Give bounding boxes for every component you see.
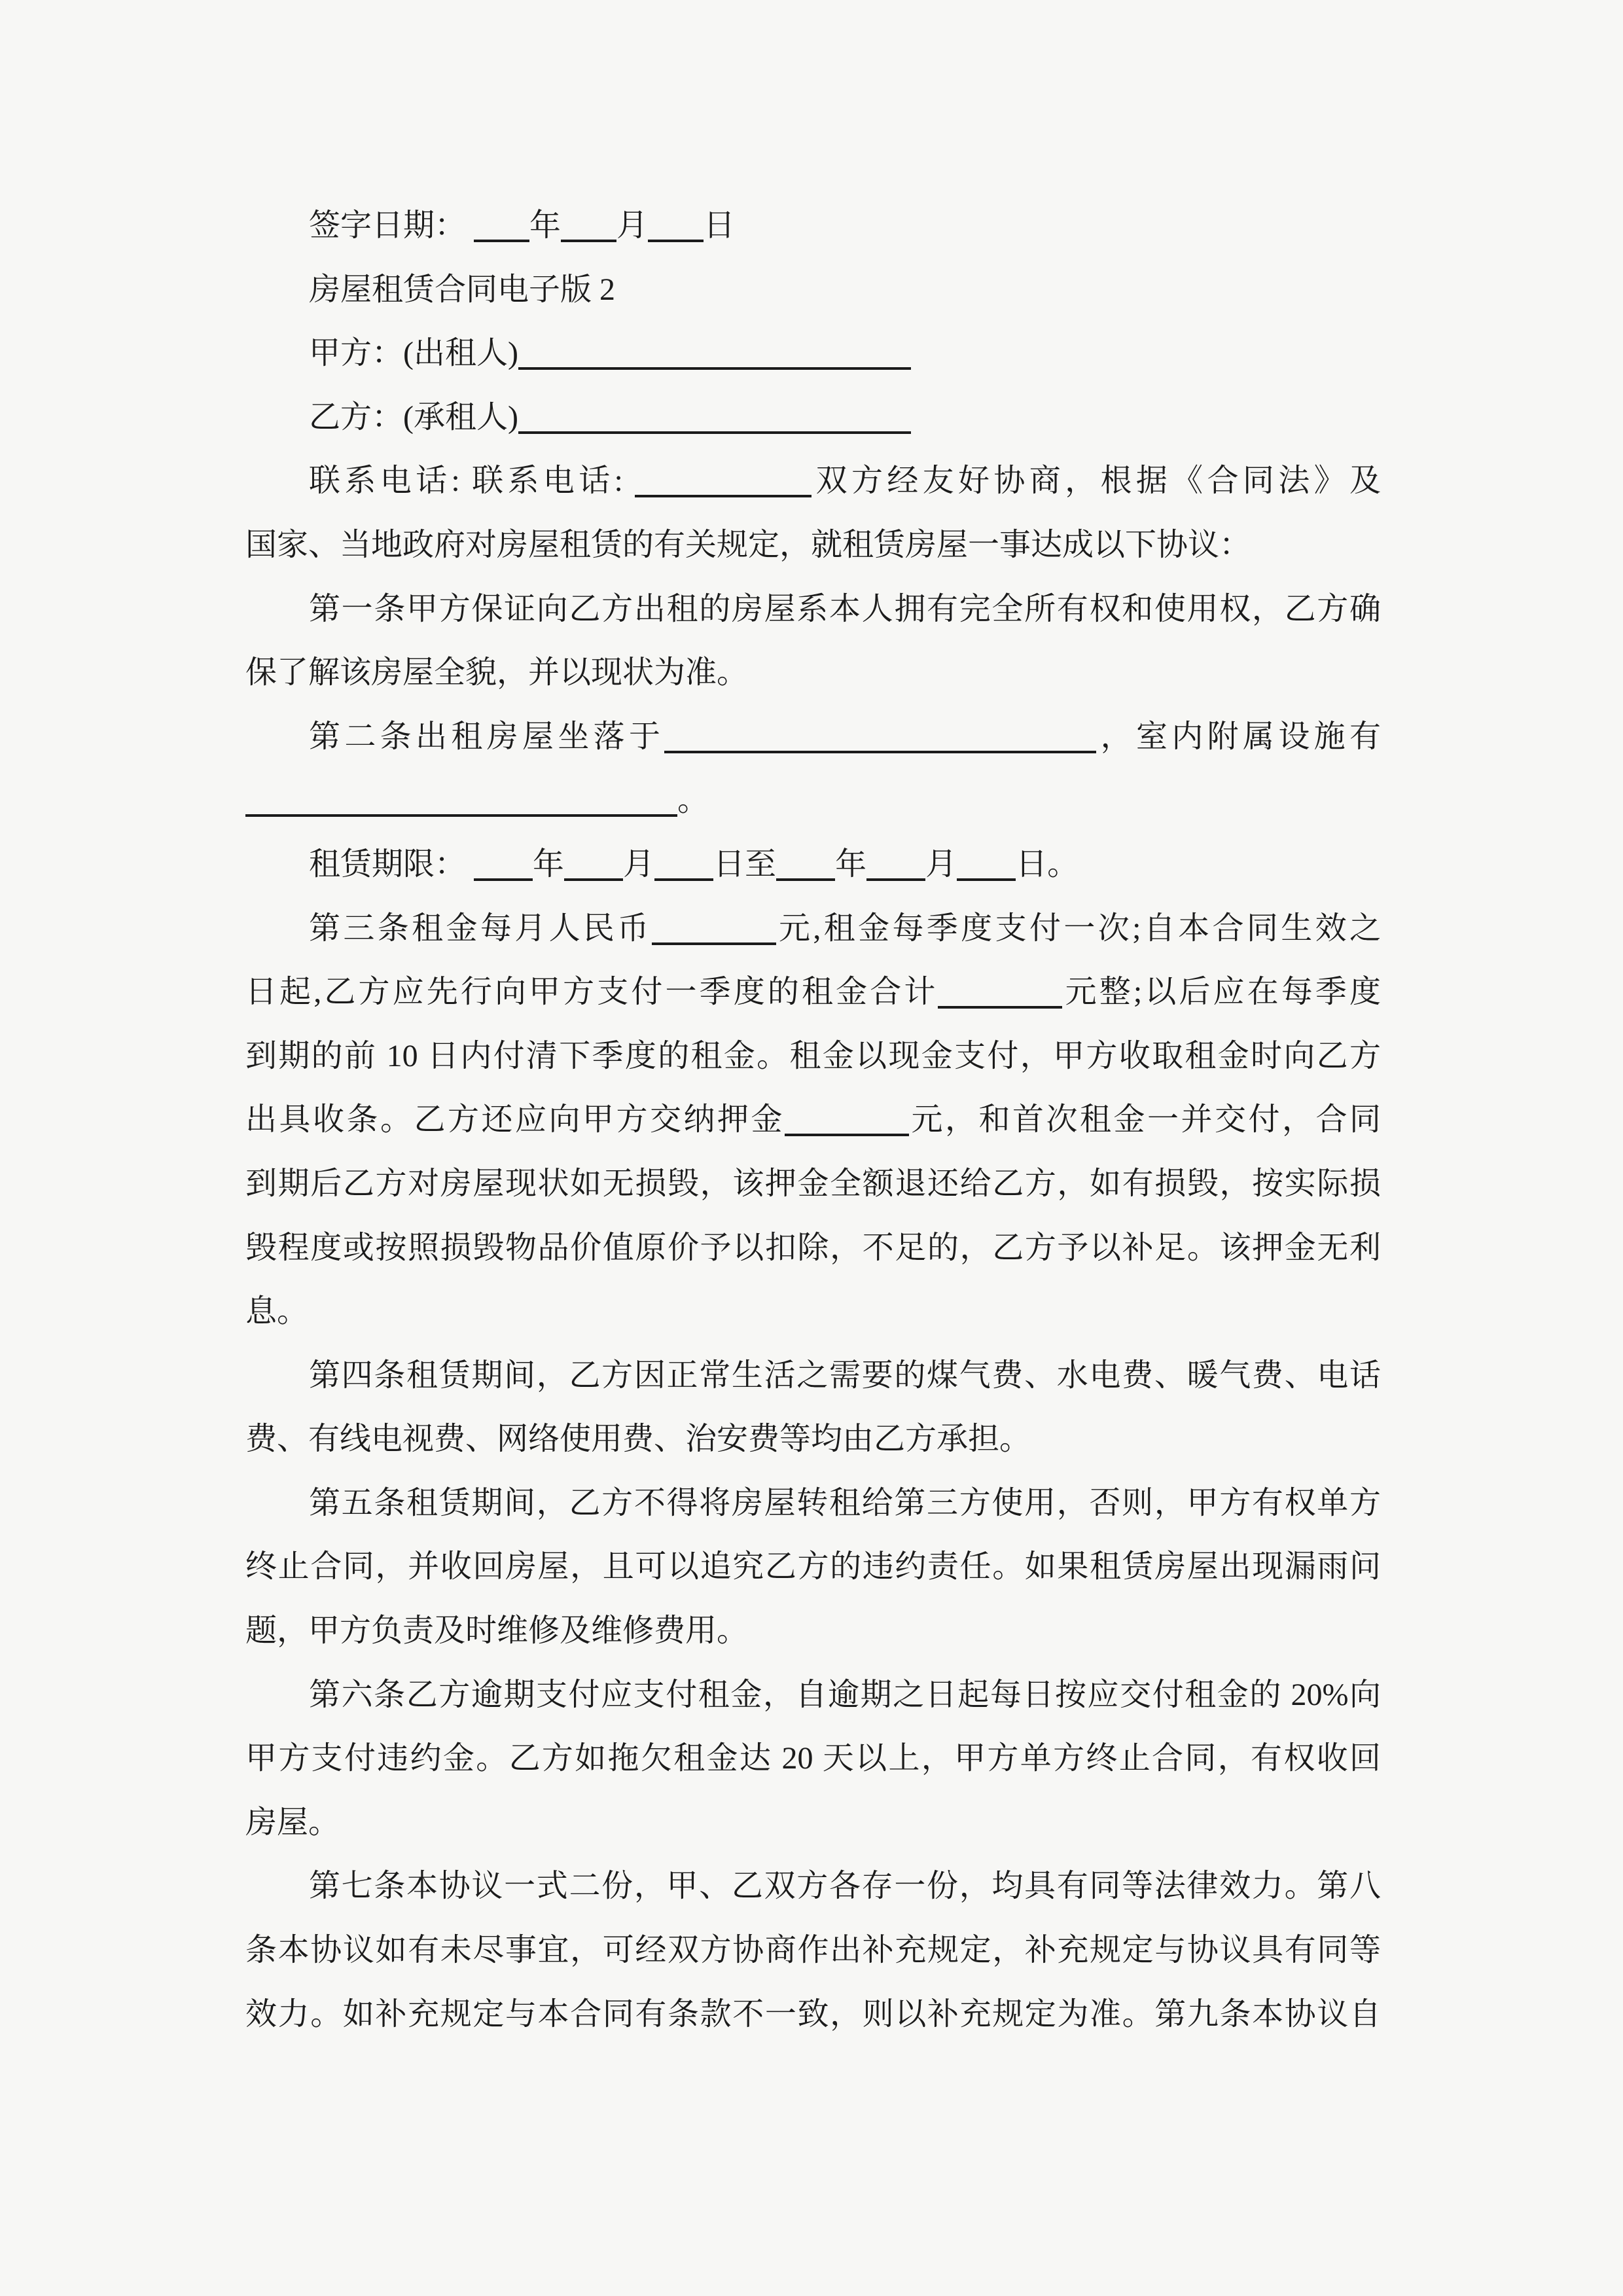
text-run: 月 — [623, 847, 654, 882]
text-run: 房屋租赁合同电子版 2 — [309, 272, 615, 307]
text-run: 联系电话: 联系电话: — [309, 463, 635, 498]
blank-underline — [785, 1124, 909, 1136]
blank-underline — [957, 869, 1016, 881]
document-page: 签字日期： 年月日房屋租赁合同电子版 2甲方：(出租人)乙方：(承租人)联系电话… — [0, 0, 1623, 2296]
clause-1-line-1: 第一条甲方保证向乙方出租的房屋系本人拥有完全所有权和使用权，乙方确 — [245, 577, 1381, 641]
blank-underline — [938, 997, 1062, 1009]
party-b-line: 乙方：(承租人) — [245, 386, 1381, 450]
text-run: 日 — [704, 208, 735, 243]
clause-5-line-3: 题，甲方负责及时维修及维修费用。 — [245, 1599, 1381, 1663]
clause-6-line-2: 甲方支付违约金。乙方如拖欠租金达 20 天以上，甲方单方终止合同，有权收回 — [245, 1727, 1381, 1791]
text-run: 第四条租赁期间，乙方因正常生活之需要的煤气费、水电费、暖气费、电话 — [309, 1358, 1381, 1393]
text-run: 第三条租金每月人民币 — [309, 911, 652, 946]
blank-underline — [652, 933, 776, 945]
text-run: 到期后乙方对房屋现状如无损毁，该押金全额退还给乙方，如有损毁，按实际损 — [245, 1166, 1381, 1201]
clause-2-line-1: 第二条出租房屋坐落于，室内附属设施有 — [245, 705, 1381, 769]
blank-underline — [518, 358, 911, 370]
text-run: 元，和首次租金一并交付，合同 — [909, 1102, 1381, 1137]
blank-underline — [648, 230, 704, 242]
text-run: 年 — [533, 847, 564, 882]
text-run: 日至 — [713, 847, 776, 882]
text-run: 。 — [677, 783, 709, 817]
blank-underline — [654, 869, 713, 881]
text-run: 条本协议如有未尽事宜，可经双方协商作出补充规定，补充规定与协议具有同等 — [245, 1933, 1381, 1967]
clause-3-line-5: 到期后乙方对房屋现状如无损毁，该押金全额退还给乙方，如有损毁，按实际损 — [245, 1152, 1381, 1216]
clause-4-line-1: 第四条租赁期间，乙方因正常生活之需要的煤气费、水电费、暖气费、电话 — [245, 1344, 1381, 1408]
clause-3-line-6: 毁程度或按照损毁物品价值原价予以扣除，不足的，乙方予以补足。该押金无利 — [245, 1216, 1381, 1280]
clause-8-9-line-3: 效力。如补充规定与本合同有条款不一致，则以补充规定为准。第九条本协议自 — [245, 1982, 1381, 2047]
blank-underline — [518, 422, 911, 434]
text-run: 终止合同，并收回房屋，且可以追究乙方的违约责任。如果租赁房屋出现漏雨问 — [245, 1549, 1381, 1584]
text-run: 息。 — [245, 1294, 308, 1329]
text-run: 元,租金每季度支付一次;自本合同生效之 — [776, 911, 1381, 946]
text-run: 年 — [835, 847, 866, 882]
blank-underline — [474, 869, 533, 881]
text-run: 到期的前 10 日内付清下季度的租金。租金以现金支付，甲方收取租金时向乙方 — [245, 1039, 1381, 1073]
clause-3-line-7: 息。 — [245, 1280, 1381, 1344]
party-a-line: 甲方：(出租人) — [245, 321, 1381, 386]
clause-7-8-line-1: 第七条本协议一式二份，甲、乙双方各存一份，均具有同等法律效力。第八 — [245, 1854, 1381, 1918]
clause-5-line-1: 第五条租赁期间，乙方不得将房屋转租给第三方使用，否则，甲方有权单方 — [245, 1471, 1381, 1535]
blank-underline — [474, 230, 529, 242]
text-run: 保了解该房屋全貌，并以现状为准。 — [245, 655, 748, 690]
sign-date-line: 签字日期： 年月日 — [245, 194, 1381, 258]
preamble-line: 国家、当地政府对房屋租赁的有关规定，就租赁房屋一事达成以下协议： — [245, 513, 1381, 577]
document-body: 签字日期： 年月日房屋租赁合同电子版 2甲方：(出租人)乙方：(承租人)联系电话… — [0, 0, 1623, 2046]
text-run: 日起,乙方应先行向甲方支付一季度的租金合计 — [245, 975, 938, 1009]
text-run: 第六条乙方逾期支付应支付租金，自逾期之日起每日按应交付租金的 20%向 — [309, 1677, 1381, 1712]
clause-3-line-3: 到期的前 10 日内付清下季度的租金。租金以现金支付，甲方收取租金时向乙方 — [245, 1024, 1381, 1088]
clause-7-8-line-2: 条本协议如有未尽事宜，可经双方协商作出补充规定，补充规定与协议具有同等 — [245, 1918, 1381, 1982]
text-run: 第一条甲方保证向乙方出租的房屋系本人拥有完全所有权和使用权，乙方确 — [309, 592, 1381, 626]
blank-underline — [561, 230, 616, 242]
clause-6-line-3: 房屋。 — [245, 1791, 1381, 1855]
text-run: 第五条租赁期间，乙方不得将房屋转租给第三方使用，否则，甲方有权单方 — [309, 1486, 1381, 1520]
lease-term-line: 租赁期限： 年月日至年月日。 — [245, 833, 1381, 897]
text-run: 房屋。 — [245, 1805, 340, 1840]
text-run: 题，甲方负责及时维修及维修费用。 — [245, 1613, 748, 1648]
clause-3-line-4: 出具收条。乙方还应向甲方交纳押金元，和首次租金一并交付，合同 — [245, 1088, 1381, 1152]
clause-1-line-2: 保了解该房屋全貌，并以现状为准。 — [245, 641, 1381, 705]
text-run: 毁程度或按照损毁物品价值原价予以扣除，不足的，乙方予以补足。该押金无利 — [245, 1230, 1381, 1265]
text-run: 乙方：(承租人) — [309, 400, 518, 435]
text-run: 第七条本协议一式二份，甲、乙双方各存一份，均具有同等法律效力。第八 — [309, 1869, 1381, 1903]
text-run: 甲方支付违约金。乙方如拖欠租金达 20 天以上，甲方单方终止合同，有权收回 — [245, 1741, 1381, 1776]
blank-underline — [776, 869, 835, 881]
clause-3-line-2: 日起,乙方应先行向甲方支付一季度的租金合计元整;以后应在每季度 — [245, 960, 1381, 1024]
text-run: 月 — [616, 208, 648, 243]
document-title: 房屋租赁合同电子版 2 — [245, 258, 1381, 322]
clause-6-line-1: 第六条乙方逾期支付应支付租金，自逾期之日起每日按应交付租金的 20%向 — [245, 1663, 1381, 1727]
text-run: 元整;以后应在每季度 — [1062, 975, 1381, 1009]
text-run: 租赁期限： — [309, 847, 474, 882]
text-run: 年 — [529, 208, 561, 243]
text-run: 出具收条。乙方还应向甲方交纳押金 — [245, 1102, 785, 1137]
clause-4-line-2: 费、有线电视费、网络使用费、治安费等均由乙方承担。 — [245, 1407, 1381, 1471]
blank-underline — [245, 805, 677, 817]
text-run: 第二条出租房屋坐落于 — [309, 719, 664, 754]
blank-underline — [564, 869, 623, 881]
clause-5-line-2: 终止合同，并收回房屋，且可以追究乙方的违约责任。如果租赁房屋出现漏雨问 — [245, 1535, 1381, 1599]
text-run: 签字日期： — [309, 208, 474, 243]
text-run: 费、有线电视费、网络使用费、治安费等均由乙方承担。 — [245, 1422, 1031, 1456]
blank-underline — [635, 486, 811, 497]
text-run: 甲方：(出租人) — [309, 336, 518, 370]
text-run: 效力。如补充规定与本合同有条款不一致，则以补充规定为准。第九条本协议自 — [245, 1997, 1381, 2032]
text-run: 月 — [925, 847, 957, 882]
text-run: 国家、当地政府对房屋租赁的有关规定，就租赁房屋一事达成以下协议： — [245, 528, 1251, 562]
clause-3-line-1: 第三条租金每月人民币元,租金每季度支付一次;自本合同生效之 — [245, 897, 1381, 961]
text-run: 双方经友好协商，根据《合同法》及 — [811, 463, 1381, 498]
contact-phone-line: 联系电话: 联系电话: 双方经友好协商，根据《合同法》及 — [245, 449, 1381, 513]
clause-2-line-2: 。 — [245, 768, 1381, 833]
text-run: ，室内附属设施有 — [1096, 719, 1381, 754]
blank-underline — [664, 742, 1096, 753]
text-run: 日。 — [1016, 847, 1079, 882]
blank-underline — [866, 869, 925, 881]
